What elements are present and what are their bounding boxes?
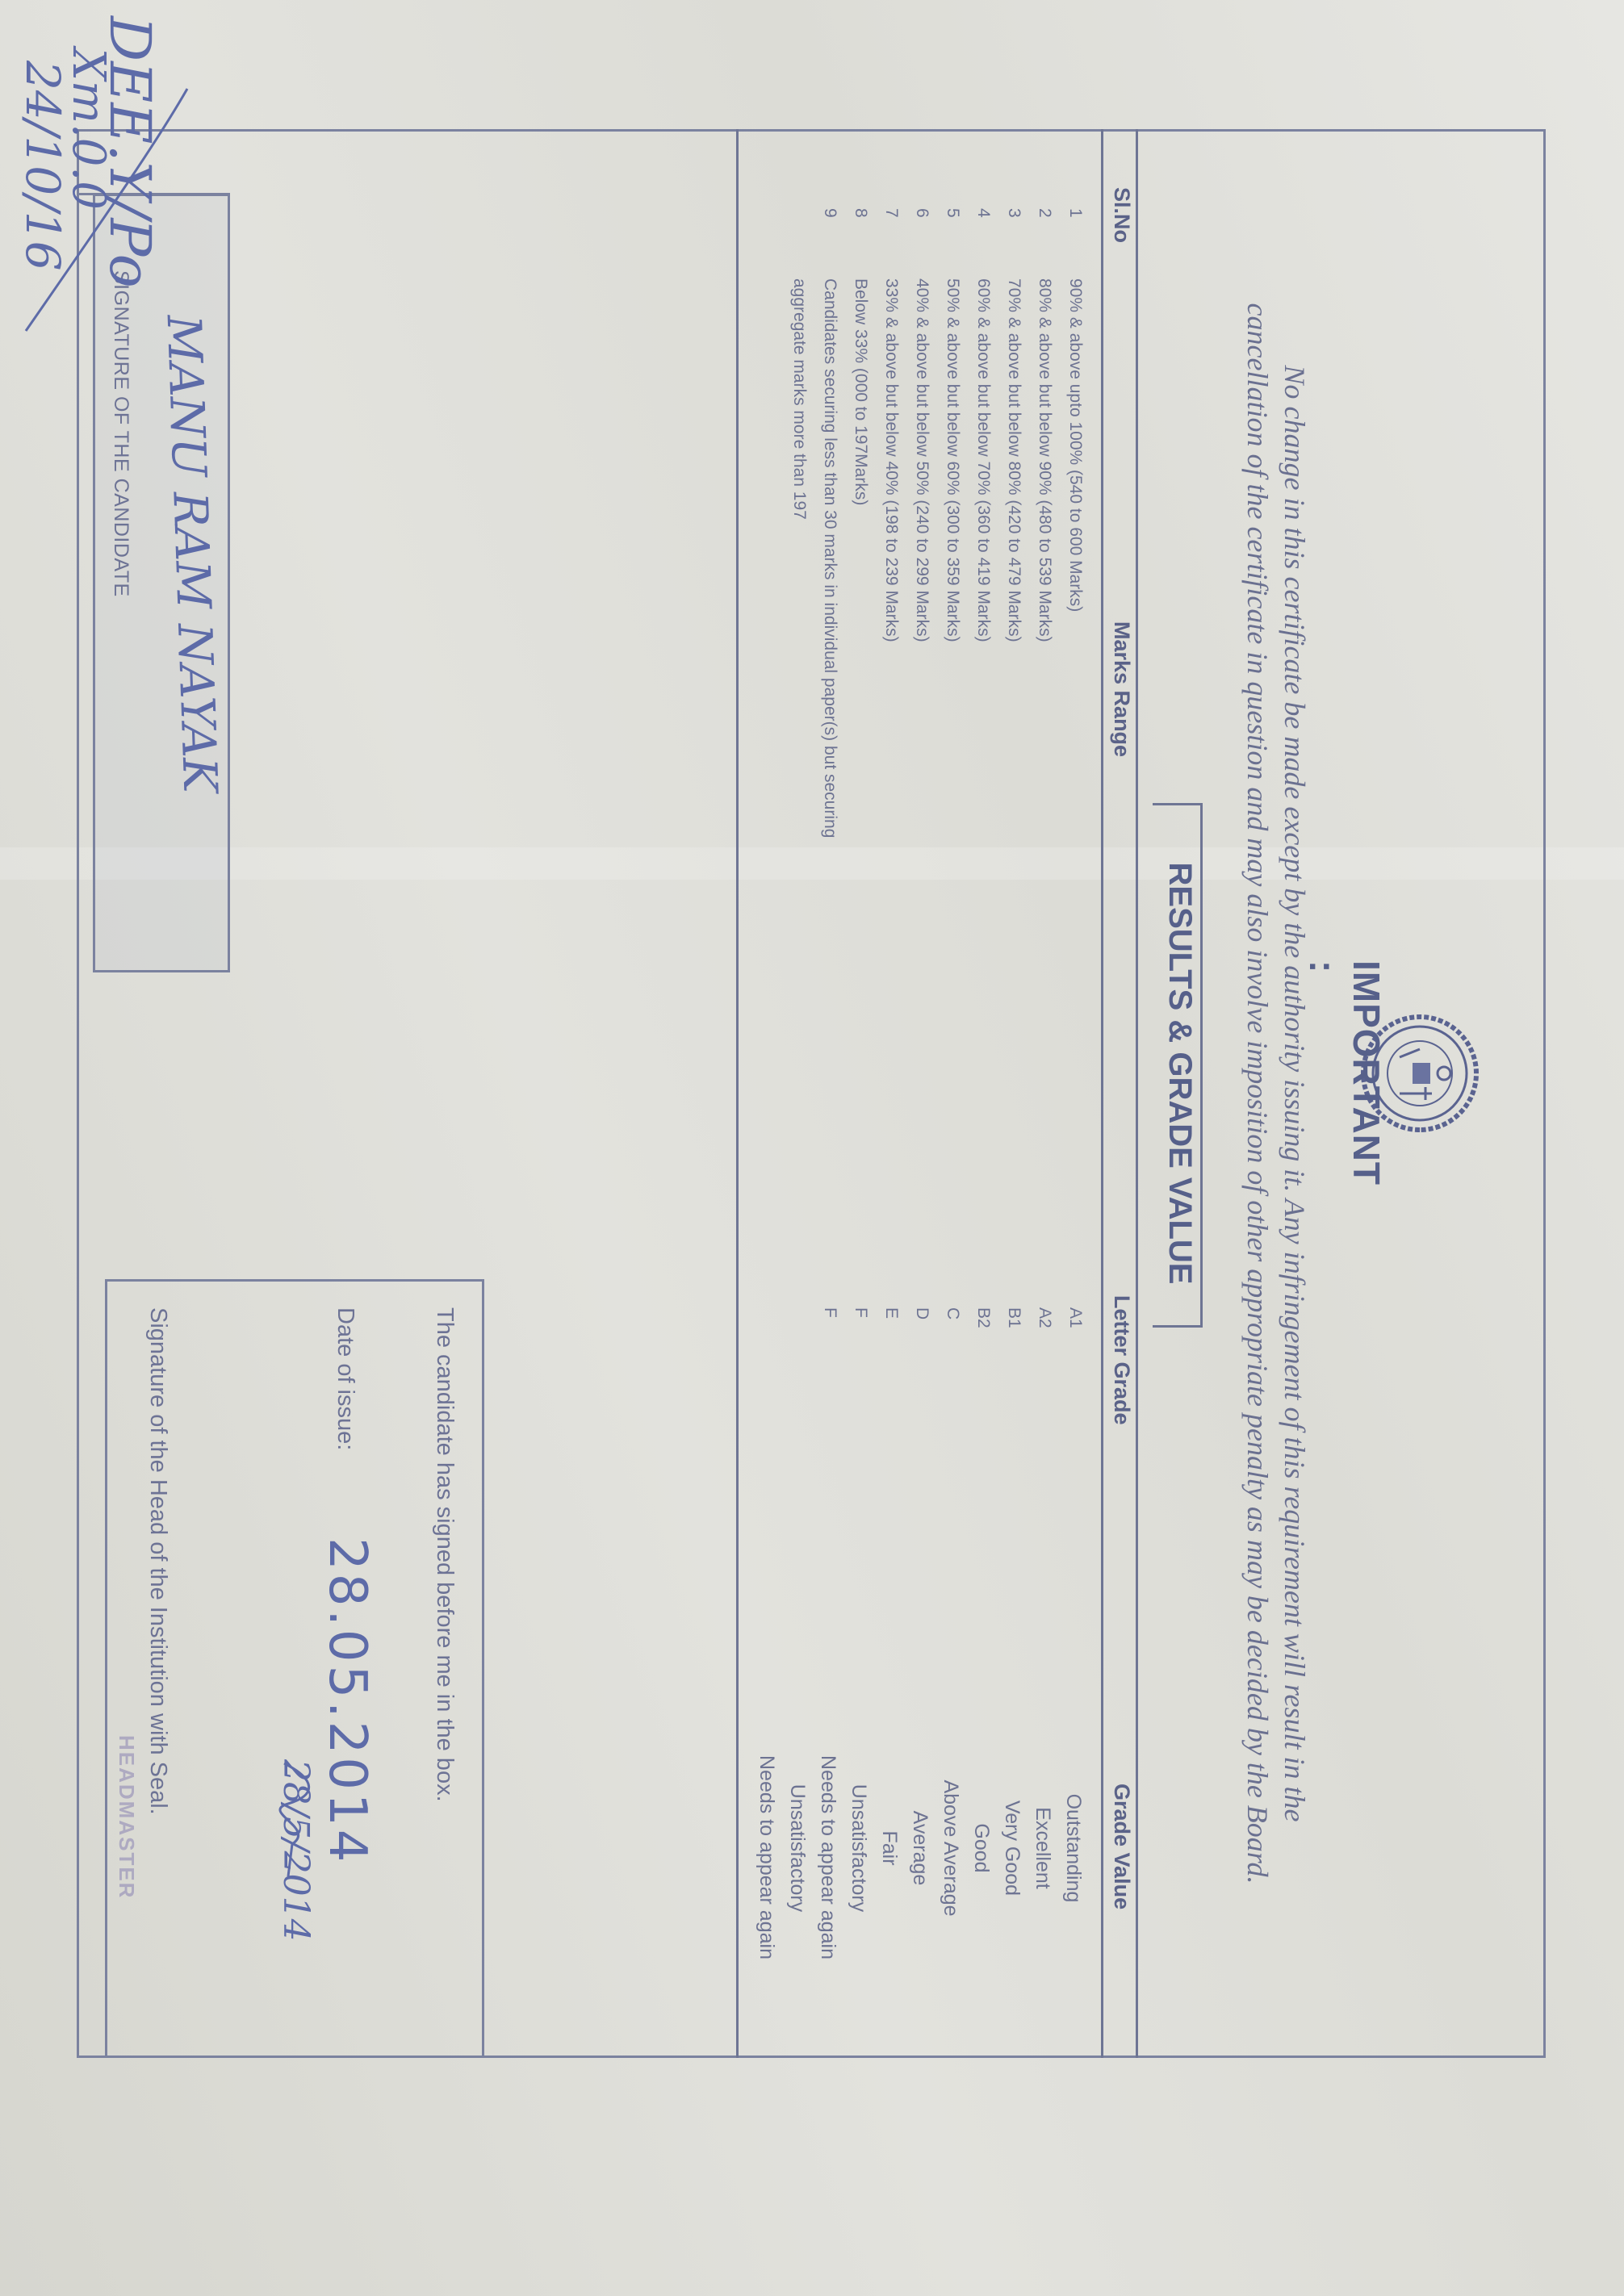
table-row: 7 33% & above but below 40% (198 to 239 …: [870, 0, 901, 2296]
cell-sl: 1: [1065, 208, 1085, 218]
date-of-issue-label: Date of issue:: [332, 1307, 358, 1450]
cell-range: 90% & above upto 100% (540 to 600 Marks): [1065, 278, 1085, 612]
cell-range: Candidates securing less than 30 marks i…: [820, 278, 839, 838]
table-row: 5 50% & above but below 60% (300 to 359 …: [931, 0, 962, 2296]
notice-line-1: No change in this certificate be made ex…: [1276, 186, 1313, 2001]
column-header-marks-range: Marks Range: [1109, 621, 1134, 757]
cell-range: 80% & above but below 90% (480 to 539 Ma…: [1035, 278, 1054, 642]
head-signature-label: Signature of the Head of the Institution…: [144, 1307, 171, 1815]
cell-range: 33% & above but below 40% (198 to 239 Ma…: [881, 278, 901, 642]
cell-range: 70% & above but below 80% (420 to 479 Ma…: [1004, 278, 1023, 642]
column-header-letter-grade: Letter Grade: [1109, 1295, 1134, 1425]
cell-value: Needs to appear again: [816, 1755, 839, 1941]
cell-value: Unsatisfactory: [785, 1755, 809, 1941]
cell-sl: 3: [1004, 208, 1023, 218]
results-title: RESULTS & GRADE VALUE: [1161, 815, 1198, 1332]
cell-sl: 9: [820, 208, 839, 218]
cell-value: Average: [908, 1755, 931, 1941]
cell-letter: C: [943, 1307, 962, 1319]
cell-value: Excellent: [1031, 1755, 1054, 1941]
cell-letter: B2: [973, 1307, 993, 1328]
cell-sl: 2: [1035, 208, 1054, 218]
cell-letter: E: [881, 1307, 901, 1319]
cell-value: Good: [969, 1755, 993, 1941]
pen-stroke-icon: [2, 81, 203, 339]
cell-letter: D: [912, 1307, 931, 1319]
cell-value: Outstanding: [1061, 1755, 1085, 1941]
head-signature-scribble-icon: [260, 1755, 324, 1884]
cell-value: Very Good: [1000, 1755, 1023, 1941]
cell-sl: 8: [851, 208, 870, 218]
date-of-issue-value: 28.05.2014: [317, 1537, 377, 1865]
cell-value: Fair: [877, 1755, 901, 1941]
cell-value: Needs to appear again: [755, 1755, 778, 1941]
cell-value: Above Average: [939, 1755, 962, 1941]
cell-sl: 7: [881, 208, 901, 218]
cell-range: 40% & above but below 50% (240 to 299 Ma…: [912, 278, 931, 642]
cell-letter: B1: [1004, 1307, 1023, 1328]
notice-paragraph: No change in this certificate be made ex…: [1239, 186, 1313, 2001]
cell-range: Below 33% (000 to 197Marks): [851, 278, 870, 505]
cell-letter: A1: [1065, 1307, 1085, 1328]
table-row: 1 90% & above upto 100% (540 to 600 Mark…: [1054, 0, 1085, 2296]
table-row: 9 Candidates securing less than 30 marks…: [809, 0, 839, 2296]
cell-sl: 4: [973, 208, 993, 218]
cell-range: 50% & above but below 60% (300 to 359 Ma…: [943, 278, 962, 642]
table-row: 8 Below 33% (000 to 197Marks) F Unsatisf…: [839, 0, 870, 2296]
headmaster-stamp: HEADMASTER: [114, 1735, 139, 1899]
cell-letter: F: [820, 1307, 839, 1318]
important-heading: IMPORTANT :: [1301, 960, 1388, 1202]
cell-range: aggregate marks more than 197: [789, 278, 809, 520]
table-row: 6 40% & above but below 50% (240 to 299 …: [901, 0, 931, 2296]
certificate-back-page: IMPORTANT : No change in this certificat…: [0, 0, 1624, 2296]
cell-letter: A2: [1035, 1307, 1054, 1328]
cell-sl: 6: [912, 208, 931, 218]
cell-range: 60% & above but below 70% (360 to 419 Ma…: [973, 278, 993, 642]
table-row: 2 80% & above but below 90% (480 to 539 …: [1023, 0, 1054, 2296]
table-header-rule: [1101, 129, 1103, 2058]
table-row: 4 60% & above but below 70% (360 to 419 …: [962, 0, 993, 2296]
column-header-grade-value: Grade Value: [1109, 1784, 1134, 1909]
table-row: aggregate marks more than 197 Unsatisfac…: [778, 0, 809, 2296]
notice-line-2: cancellation of the certificate in quest…: [1239, 186, 1276, 2001]
table-row: Needs to appear again: [747, 0, 778, 2296]
table-top-rule: [1136, 129, 1138, 2058]
table-row: 3 70% & above but below 80% (420 to 479 …: [993, 0, 1023, 2296]
cell-value: Unsatisfactory: [847, 1755, 870, 1941]
column-header-sl-no: Sl.No: [1109, 187, 1134, 243]
cell-letter: F: [851, 1307, 870, 1318]
cell-sl: 5: [943, 208, 962, 218]
table-bottom-rule: [736, 129, 739, 2058]
candidate-signed-statement: The candidate has signed before me in th…: [431, 1307, 458, 1802]
